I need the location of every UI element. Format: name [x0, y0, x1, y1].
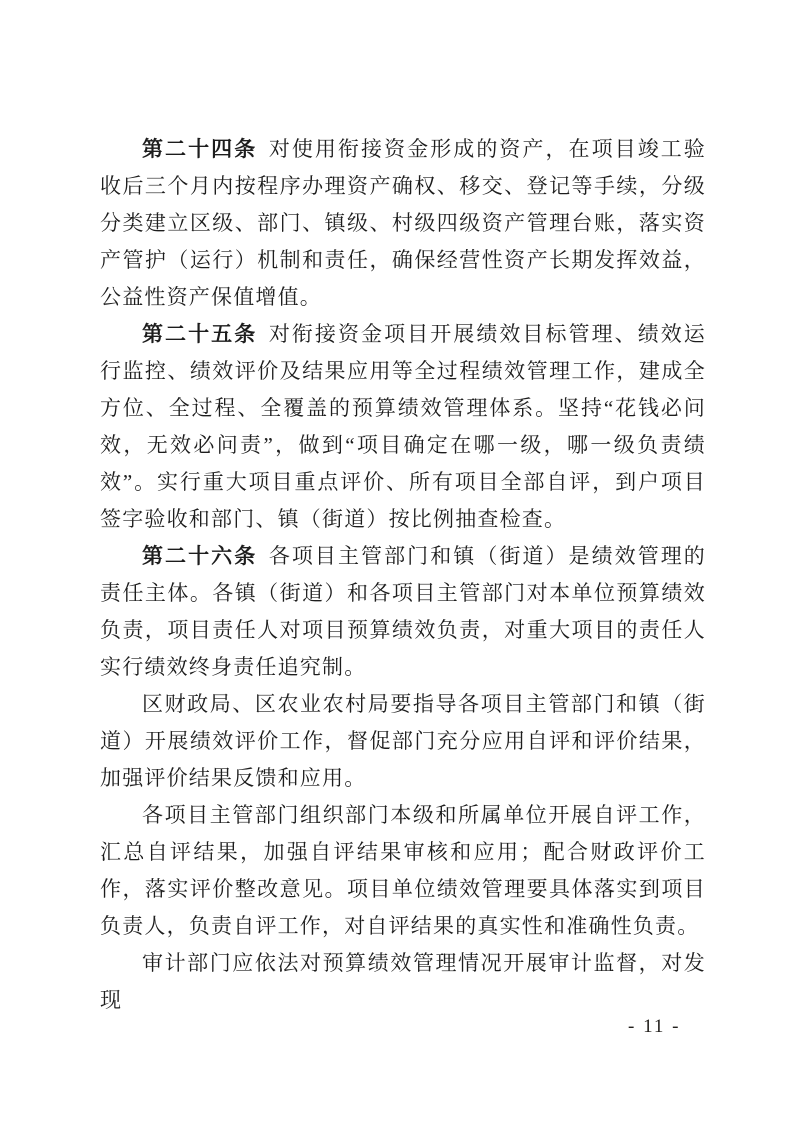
clause-26-heading: 第二十六条 [142, 544, 257, 568]
clause-24-heading: 第二十四条 [142, 137, 257, 161]
paragraph-clause-24: 第二十四条对使用衔接资金形成的资产，在项目竣工验收后三个月内按程序办理资产确权、… [100, 131, 706, 316]
paragraph-audit-text: 审计部门应依法对预算绩效管理情况开展审计监督，对发现 [100, 951, 706, 1012]
clause-25-heading: 第二十五条 [142, 322, 257, 346]
paragraph-finance-guidance: 区财政局、区农业农村局要指导各项目主管部门和镇（街道）开展绩效评价工作，督促部门… [100, 686, 706, 797]
document-body: 第二十四条对使用衔接资金形成的资产，在项目竣工验收后三个月内按程序办理资产确权、… [100, 131, 706, 1019]
paragraph-clause-25: 第二十五条对衔接资金项目开展绩效目标管理、绩效运行监控、绩效评价及结果应用等全过… [100, 316, 706, 538]
paragraph-self-evaluation-text: 各项目主管部门组织部门本级和所属单位开展自评工作，汇总自评结果，加强自评结果审核… [100, 803, 706, 938]
paragraph-audit: 审计部门应依法对预算绩效管理情况开展审计监督，对发现 [100, 945, 706, 1019]
document-page: 第二十四条对使用衔接资金形成的资产，在项目竣工验收后三个月内按程序办理资产确权、… [0, 0, 792, 1121]
page-number: - 11 - [628, 1016, 680, 1038]
clause-24-text: 对使用衔接资金形成的资产，在项目竣工验收后三个月内按程序办理资产确权、移交、登记… [100, 137, 706, 309]
paragraph-clause-26: 第二十六条各项目主管部门和镇（街道）是绩效管理的责任主体。各镇（街道）和各项目主… [100, 538, 706, 686]
clause-25-text: 对衔接资金项目开展绩效目标管理、绩效运行监控、绩效评价及结果应用等全过程绩效管理… [100, 322, 706, 531]
paragraph-self-evaluation: 各项目主管部门组织部门本级和所属单位开展自评工作，汇总自评结果，加强自评结果审核… [100, 797, 706, 945]
paragraph-finance-guidance-text: 区财政局、区农业农村局要指导各项目主管部门和镇（街道）开展绩效评价工作，督促部门… [100, 692, 706, 790]
